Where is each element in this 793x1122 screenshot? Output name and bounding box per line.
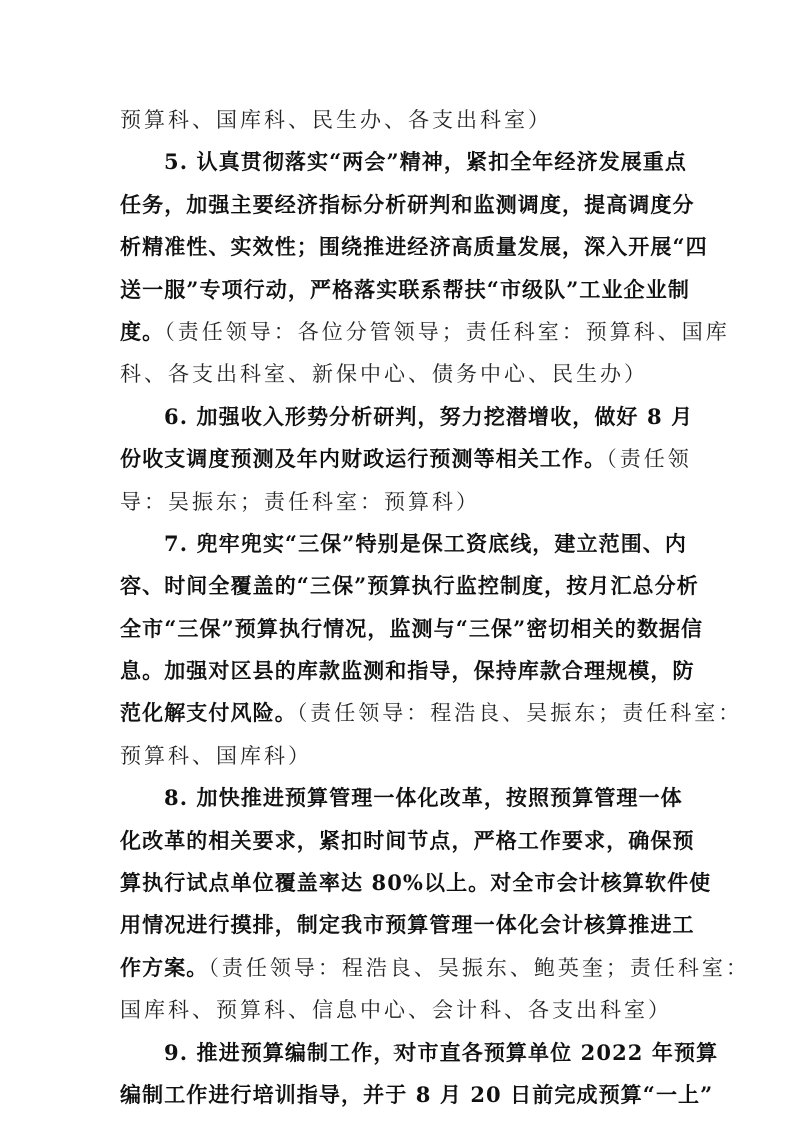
body-text: 预算科、国库科、民生办、各支出科室）5. 认真贯彻落实“两会”精神，紧扣全年经济… bbox=[120, 99, 676, 1116]
bold-text: 送一服”专项行动，严格落实联系帮扶“市级队”工业企业制 bbox=[120, 277, 690, 302]
bold-text: 容、时间全覆盖的“三保”预算执行监控制度，按月汇总分析 bbox=[120, 573, 699, 598]
text-line: 送一服”专项行动，严格落实联系帮扶“市级队”工业企业制 bbox=[120, 269, 676, 311]
text-line: 任务，加强主要经济指标分析研判和监测调度，提高调度分 bbox=[120, 184, 676, 226]
bold-text: 全市“三保”预算执行情况，监测与“三保”密切相关的数据信 bbox=[120, 616, 703, 641]
responsibility-note: （责任领 bbox=[606, 447, 692, 471]
bold-text: 析精准性、实效性；围绕推进经济高质量发展，深入开展“四 bbox=[120, 234, 708, 259]
responsibility-note: 国库科、预算科、信息中心、会计科、各支出科室） bbox=[120, 998, 672, 1022]
bold-text: 度。 bbox=[120, 319, 164, 344]
bold-text: 份收支调度预测及年内财政运行预测等相关工作。 bbox=[120, 446, 606, 471]
bold-text: 8. 加快推进预算管理一体化改革，按照预算管理一体 bbox=[164, 785, 683, 810]
text-line: 全市“三保”预算执行情况，监测与“三保”密切相关的数据信 bbox=[120, 608, 676, 650]
text-line: 容、时间全覆盖的“三保”预算执行监控制度，按月汇总分析 bbox=[120, 565, 676, 607]
text-line: 预算科、国库科、民生办、各支出科室） bbox=[120, 99, 676, 141]
bold-text: 5. 认真贯彻落实“两会”精神，紧扣全年经济发展重点 bbox=[164, 149, 687, 174]
text-line: 5. 认真贯彻落实“两会”精神，紧扣全年经济发展重点 bbox=[120, 141, 676, 183]
bold-text: 作方案。 bbox=[120, 955, 208, 980]
text-line: 导：吴振东；责任科室：预算科） bbox=[120, 481, 676, 523]
document-page: 预算科、国库科、民生办、各支出科室）5. 认真贯彻落实“两会”精神，紧扣全年经济… bbox=[0, 0, 793, 1122]
text-line: 编制工作进行培训指导，并于 8 月 20 日前完成预算“一上” bbox=[120, 1074, 676, 1116]
text-line: 度。（责任领导：各位分管领导；责任科室：预算科、国库 bbox=[120, 311, 676, 353]
responsibility-note: 导：吴振东；责任科室：预算科） bbox=[120, 490, 480, 514]
bold-text: 范化解支付风险。 bbox=[120, 700, 297, 725]
text-line: 息。加强对区县的库款监测和指导，保持库款合理规模，防 bbox=[120, 650, 676, 692]
text-line: 范化解支付风险。（责任领导：程浩良、吴振东；责任科室： bbox=[120, 692, 676, 734]
bold-text: 算执行试点单位覆盖率达 80%以上。对全市会计核算软件使 bbox=[120, 870, 711, 895]
text-line: 8. 加快推进预算管理一体化改革，按照预算管理一体 bbox=[120, 777, 676, 819]
text-line: 析精准性、实效性；围绕推进经济高质量发展，深入开展“四 bbox=[120, 226, 676, 268]
text-line: 科、各支出科室、新保中心、债务中心、民生办） bbox=[120, 353, 676, 395]
text-line: 预算科、国库科） bbox=[120, 735, 676, 777]
bold-text: 编制工作进行培训指导，并于 8 月 20 日前完成预算“一上” bbox=[120, 1082, 713, 1107]
text-line: 作方案。（责任领导：程浩良、吴振东、鲍英奎；责任科室： bbox=[120, 947, 676, 989]
responsibility-note: （责任领导：程浩良、吴振东、鲍英奎；责任科室： bbox=[208, 956, 750, 980]
bold-text: 6. 加强收入形势分析研判，努力挖潜增收，做好 8 月 bbox=[164, 404, 693, 429]
text-line: 7. 兜牢兜实“三保”特别是保工资底线，建立范围、内 bbox=[120, 523, 676, 565]
bold-text: 息。加强对区县的库款监测和指导，保持库款合理规模，防 bbox=[120, 658, 695, 683]
responsibility-note: 预算科、国库科） bbox=[120, 744, 312, 768]
bold-text: 任务，加强主要经济指标分析研判和监测调度，提高调度分 bbox=[120, 192, 695, 217]
bold-text: 用情况进行摸排，制定我市预算管理一体化会计核算推进工 bbox=[120, 912, 695, 937]
text-line: 6. 加强收入形势分析研判，努力挖潜增收，做好 8 月 bbox=[120, 396, 676, 438]
responsibility-note: 科、各支出科室、新保中心、债务中心、民生办） bbox=[120, 362, 648, 386]
bold-text: 化改革的相关要求，紧扣时间节点，严格工作要求，确保预 bbox=[120, 828, 695, 853]
text-line: 国库科、预算科、信息中心、会计科、各支出科室） bbox=[120, 989, 676, 1031]
responsibility-note: （责任领导：程浩良、吴振东；责任科室： bbox=[297, 701, 743, 725]
responsibility-note: 预算科、国库科、民生办、各支出科室） bbox=[120, 108, 552, 132]
text-line: 用情况进行摸排，制定我市预算管理一体化会计核算推进工 bbox=[120, 904, 676, 946]
responsibility-note: （责任领导：各位分管领导；责任科室：预算科、国库 bbox=[164, 320, 730, 344]
text-line: 化改革的相关要求，紧扣时间节点，严格工作要求，确保预 bbox=[120, 820, 676, 862]
page-number: 3 bbox=[0, 1043, 793, 1057]
bold-text: 7. 兜牢兜实“三保”特别是保工资底线，建立范围、内 bbox=[164, 531, 687, 556]
text-line: 份收支调度预测及年内财政运行预测等相关工作。（责任领 bbox=[120, 438, 676, 480]
text-line: 算执行试点单位覆盖率达 80%以上。对全市会计核算软件使 bbox=[120, 862, 676, 904]
